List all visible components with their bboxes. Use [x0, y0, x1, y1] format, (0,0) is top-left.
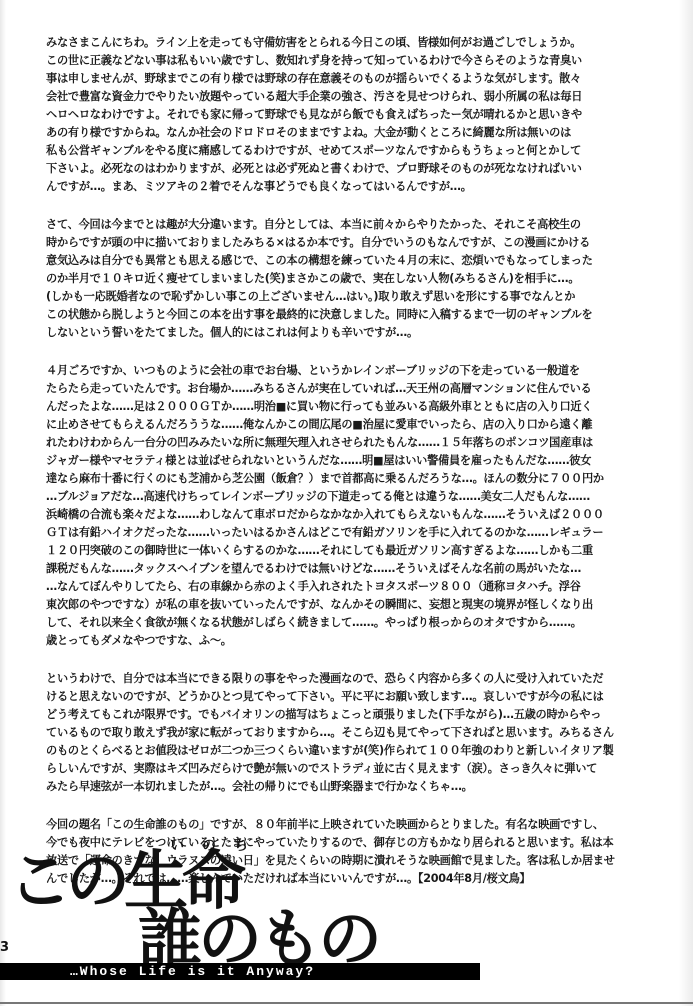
text-line: …なんてぼんやりしてたら、右の車線から赤のよく手入れされたトヨタスポーツ８００（…	[46, 578, 586, 596]
text-line: この世に正義などない事は私もいい歳ですし、数知れず身を持って知っているわけで今さ…	[46, 52, 586, 70]
text-line: 意気込みは自分でも異常とも思える感じで、この本の構想を練っていた４月の末に、恋煩…	[46, 252, 586, 270]
text-line: 浜崎橋の合流も楽々だよな……わしなんて車ボロだからなかなか入れてもらえないもんな…	[46, 506, 586, 524]
text-line: らしいんですが、実際はキズ凹みだらけで艶が無いのでストラディ並に古く見えます（涙…	[46, 760, 586, 778]
text-line: みなさまこんにちわ。ライン上を走っても守備妨害をとられる今日この頃、皆様如何がお…	[46, 34, 586, 52]
text-line: しないという誓いをたてました。個人的にはこれは何よりも辛いですが…。	[46, 324, 586, 342]
text-line: ４月ごろですか、いつものように会社の車でお台場、というかレインボーブリッジの下を…	[46, 362, 586, 380]
text-line: のものとくらべるとお値段はゼロが二つか三つくらい違いますが(笑)作られて１００年…	[46, 742, 586, 760]
text-line: 達なら麻布十番に行くのにも芝浦から芝公園（飯倉？）まで首都高に乗るんだろうな…。…	[46, 470, 586, 488]
text-line: して、それ以来全く食欲が無くなる状態がしばらく続きまして……。やっぱり根っからの…	[46, 614, 586, 632]
text-line: 東次郎のやつですな）が私の車を抜いていったんですが、なんかその瞬間に、妄想と現実…	[46, 596, 586, 614]
text-line: みたら早速弦が一本切れましたが…。会社の帰りにでも山野楽器まで行かなくちゃ…。	[46, 778, 586, 796]
text-line: 事は申しませんが、野球までこの有り様では野球の存在意義そのものが揺らいでくるよう…	[46, 70, 586, 88]
text-line: ているもので取り敢えず我が家に転がっておりますから…。そこら辺も見てやって下され…	[46, 724, 586, 742]
bottom-rule	[0, 1002, 693, 1004]
text-line: というわけで、自分では本当にできる限りの事をやった漫画なので、恐らく内容から多く…	[46, 670, 586, 688]
text-line: 下さいよ。必死なのはわかりますが、必死とは必ず死ぬと書くわけで、プロ野球そのもの…	[46, 160, 586, 178]
text-line: たらたら走っていたんです。お台場か……みちるさんが実在していれば…天王州の高層マ…	[46, 380, 586, 398]
paragraph-odaiba: ４月ごろですか、いつものように会社の車でお台場、というかレインボーブリッジの下を…	[46, 362, 586, 650]
text-line: 今回の題名「この生命誰のもの」ですが、８０年前半に上映されていた映画からとりまし…	[46, 816, 586, 834]
afterword-text: みなさまこんにちわ。ライン上を走っても守備妨害をとられる今日この頃、皆様如何がお…	[46, 34, 586, 908]
text-line: のか半月で１０キロ近く痩せてしまいました(笑)まさかこの歳で、実在しない人物(み…	[46, 270, 586, 288]
text-line: んだったよな……足は２０００ＧＴか……明治■に買い物に行っても並みいる高級外車と…	[46, 398, 586, 416]
text-line: 時からですが頭の中に描いておりましたみちる×はるか本です。自分でいうのもなんです…	[46, 234, 586, 252]
text-line: (しかも一応既婚者なので恥ずかしい事この上ございません…はい。)取り敢えず思いを…	[46, 288, 586, 306]
text-line: 会社で豊富な資金力でやりたい放題やっている超大手企業の強さ、汚さを見せつけられ、…	[46, 88, 586, 106]
paragraph-motivation: さて、今回は今までとは趣が大分違います。自分としては、本当に前々からやりたかった…	[46, 216, 586, 342]
page-edge-left	[0, 0, 6, 1006]
text-line: あの有り様ですからね。なんか社会のドロドロそのままですよね。大金が動くところに綺…	[46, 124, 586, 142]
paragraph-violin: というわけで、自分では本当にできる限りの事をやった漫画なので、恐らく内容から多く…	[46, 670, 586, 796]
text-line: …ブルジョアだな…高速代けちってレインボーブリッジの下道走ってる俺とは違うな………	[46, 488, 586, 506]
text-line: 課税だもんな……タックスヘイブンを望んでるわけでは無いけどな……そういえばそんな…	[46, 560, 586, 578]
text-line: に止めさせてもらえるんだろううな……俺なんかこの間広尾の■治屋に愛車でいったら、…	[46, 416, 586, 434]
text-line: ＧＴは有鉛ハイオクだったな……いったいはるかさんはどこで有鉛ガソリンを手に入れて…	[46, 524, 586, 542]
page-number: 3	[0, 940, 9, 955]
subtitle-bar: …Whose Life is it Anyway?	[0, 963, 480, 980]
text-line: れたわけわからん一台分の凹みみたいな所に無理矢理入れさせられたもんな……１５年落…	[46, 434, 586, 452]
text-line: さて、今回は今までとは趣が大分違います。自分としては、本当に前々からやりたかった…	[46, 216, 586, 234]
text-line: ジャガー様やマセラティ様とは並ばせられないというんだな……明■屋はいい警備員を雇…	[46, 452, 586, 470]
text-line: ヘロヘロなわけですよ。それでも家に帰って野球でも見ながら飯でも食えばちったー気が…	[46, 106, 586, 124]
text-line: １２０円突破のこの御時世に一体いくらするのかな……それにしても最近ガソリン高すぎ…	[46, 542, 586, 560]
page-edge-right	[679, 0, 693, 1006]
text-line: どう考えてもこれが限界です。でもバイオリンの描写はちょこっと頑張りました(下手な…	[46, 706, 586, 724]
text-line: この状態から脱しようと今回この本を出す事を最終的に決意しました。同時に入稿するま…	[46, 306, 586, 324]
text-line: んですが…。まあ、ミツアキの２着でそんな事どうでも良くなってはいるんですが…。	[46, 178, 586, 196]
subtitle-text: …Whose Life is it Anyway?	[70, 963, 315, 980]
paragraph-greeting: みなさまこんにちわ。ライン上を走っても守備妨害をとられる今日この頃、皆様如何がお…	[46, 34, 586, 196]
text-line: けると思えないのですが、どうかひとつ見てやって下さい。平に平にお願い致します…。…	[46, 688, 586, 706]
text-line: 私も公営ギャンブルをやる度に痛感してるわけですが、せめてスポーツなんですからもう…	[46, 142, 586, 160]
text-line: 歳とってもダメなやつですな、ふ～。	[46, 632, 586, 650]
